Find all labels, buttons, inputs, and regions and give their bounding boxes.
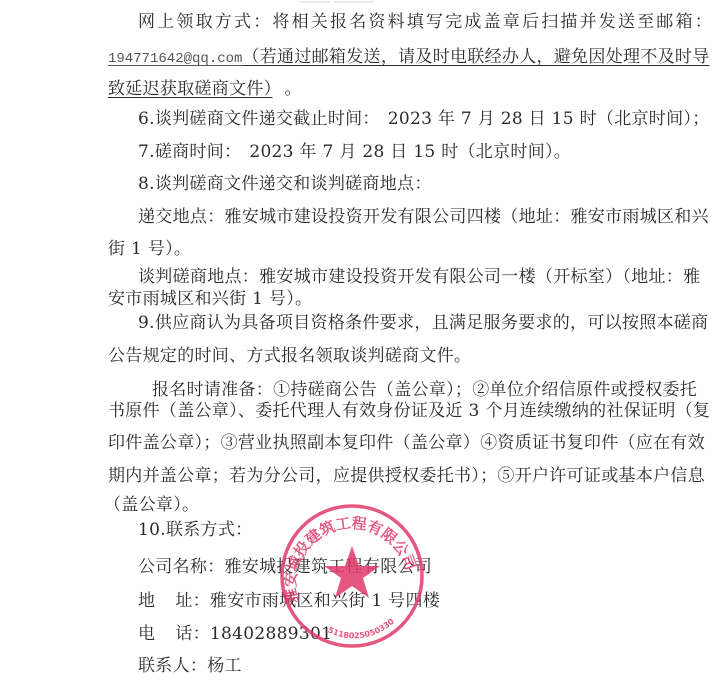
item-6-number: 6.	[138, 109, 155, 129]
item-8-label: 谈判磋商文件递交和谈判磋商地点：	[155, 174, 432, 194]
document-page: ▔▔▔ ▔▔▔▔ 网上领取方式：将相关报名资料填写完成盖章后扫描并发送至邮箱： …	[0, 0, 718, 681]
item-6-label: 谈判磋商文件递交截止时间：	[155, 109, 380, 129]
prep-line4: 期内并盖公章；若为分公司，应提供授权委托书）；⑤开户许可证或基本户信息	[108, 466, 705, 486]
item-9-line2: 公告规定的时间、方式报名领取谈判磋商文件。	[108, 346, 471, 366]
item-10-label: 联系方式：	[166, 520, 253, 540]
item-7-value: 2023 年 7 月 28 日 15 时（北京时间）。	[249, 142, 571, 162]
company-label: 公司名称：	[138, 557, 225, 577]
note-text-1: （若通过邮箱发送，请及时电联经办人，避免因处理不及时导	[242, 47, 709, 67]
item-8: 8.谈判磋商文件递交和谈判磋商地点：	[138, 174, 432, 194]
online-collection-label: 网上领取方式：	[138, 12, 272, 32]
company-seal-icon: 雅安城投建筑工程有限公司 5118025050330	[278, 502, 426, 650]
submission-location-line2: 街 1 号）。	[108, 239, 191, 259]
phone-label-2: 话：	[175, 624, 210, 644]
address-label-2: 址：	[175, 591, 210, 611]
item-7: 7.磋商时间：2023 年 7 月 28 日 15 时（北京时间）。	[138, 142, 571, 162]
contact-person: 联系人：杨工	[138, 656, 242, 676]
note-end: 。	[285, 79, 302, 99]
prep-line1: 报名时请准备：①持磋商公告（盖公章）；②单位介绍信原件或授权委托	[152, 380, 697, 400]
submission-location-line1: 递交地点：雅安城市建设投资开发有限公司四楼（地址：雅安市雨城区和兴	[138, 207, 709, 227]
person-label: 联系人：	[138, 656, 207, 676]
item-10: 10.联系方式：	[138, 520, 252, 540]
negotiation-location-line2: 安市雨城区和兴街 1 号）。	[108, 289, 312, 309]
online-collection-line: 网上领取方式：将相关报名资料填写完成盖章后扫描并发送至邮箱：	[138, 12, 714, 32]
item-9-line1: 9.供应商认为具备项目资格条件要求，且满足服务要求的，可以按照本磋商	[138, 313, 708, 333]
online-collection-note-line2: 致延迟获取磋商文件）。	[108, 79, 302, 99]
online-collection-text: 将相关报名资料填写完成盖章后扫描并发送至邮箱：	[272, 12, 714, 32]
item-8-number: 8.	[138, 174, 155, 194]
item-7-number: 7.	[138, 142, 155, 162]
item-6-value: 2023 年 7 月 28 日 15 时（北京时间）；	[388, 109, 710, 129]
prep-line2: 书原件（盖公章）、委托代理人有效身份证及近 3 个月连续缴纳的社保证明（复	[108, 401, 710, 421]
online-collection-note-line1: 194771642@qq.com（若通过邮箱发送，请及时电联经办人，避免因处理不…	[108, 47, 710, 69]
note-text-2: 致延迟获取磋商文件）	[108, 79, 273, 99]
prep-line5: （盖公章）。	[104, 495, 199, 515]
prep-line3: 印件盖公章）；③营业执照副本复印件（盖公章）④资质证书复印件（应在有效	[108, 433, 705, 453]
item-9-text: 供应商认为具备项目资格条件要求，且满足服务要求的，可以按照本磋商	[155, 313, 709, 333]
address-label-1: 地	[138, 591, 155, 611]
item-7-label: 磋商时间：	[155, 142, 242, 162]
item-6: 6.谈判磋商文件递交截止时间：2023 年 7 月 28 日 15 时（北京时间…	[138, 109, 710, 129]
negotiation-location-line1: 谈判磋商地点：雅安城市建设投资开发有限公司一楼（开标室）（地址：雅	[138, 267, 700, 287]
item-10-number: 10.	[138, 520, 166, 540]
person-value: 杨工	[207, 656, 242, 676]
item-9-number: 9.	[138, 313, 155, 333]
email-link[interactable]: 194771642@qq.com	[108, 51, 242, 67]
phone-label-1: 电	[138, 624, 155, 644]
